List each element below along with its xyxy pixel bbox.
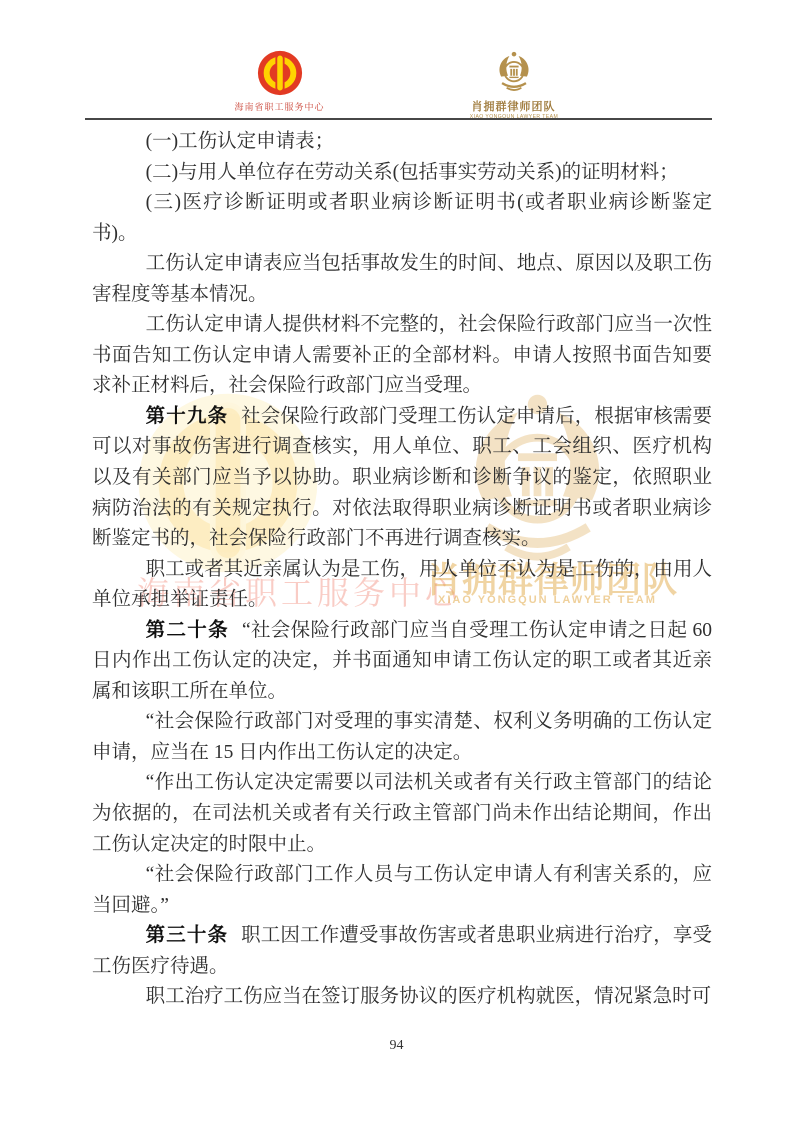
union-logo-block: 海南省职工服务中心 bbox=[195, 50, 365, 113]
paragraph: 第三十条职工因工作遭受事故伤害或者患职业病进行治疗，享受工伤医疗待遇。 bbox=[92, 921, 712, 982]
paragraph: 工伤认定申请人提供材料不完整的，社会保险行政部门应当一次性书面告知工伤认定申请人… bbox=[92, 310, 712, 402]
page-header: 海南省职工服务中心 肖拥群 bbox=[0, 50, 793, 120]
paragraph: (二)与用人单位存在劳动关系(包括事实劳动关系)的证明材料； bbox=[92, 158, 712, 189]
document-body: (一)工伤认定申请表； (二)与用人单位存在劳动关系(包括事实劳动关系)的证明材… bbox=[92, 127, 712, 1013]
paragraph: (三)医疗诊断证明或者职业病诊断证明书(或者职业病诊断鉴定书)。 bbox=[92, 188, 712, 249]
header-divider bbox=[85, 118, 712, 120]
paragraph: (一)工伤认定申请表； bbox=[92, 127, 712, 158]
article-number: 第十九条 bbox=[146, 406, 229, 427]
paragraph: “社会保险行政部门对受理的事实清楚、权利义务明确的工伤认定申请，应当在 15 日… bbox=[92, 707, 712, 768]
paragraph: 职工或者其近亲属认为是工伤，用人单位不认为是工伤的，由用人单位承担举证责任。 bbox=[92, 555, 712, 616]
document-page: 海南省职工服务中心 肖拥群律师团队 XIAO YONGQUN LAWYER TE… bbox=[0, 0, 793, 1122]
article-number: 第三十条 bbox=[146, 925, 229, 946]
lawyer-logo-block: 肖拥群律师团队 XIAO YONGQUN LAWYER TEAM bbox=[429, 50, 599, 120]
lawyer-logo-caption: 肖拥群律师团队 bbox=[472, 98, 556, 114]
article-number: 第二十条 bbox=[146, 620, 229, 641]
paragraph: “作出工伤认定决定需要以司法机关或者有关行政主管部门的结论为依据的，在司法机关或… bbox=[92, 768, 712, 860]
union-logo-icon bbox=[257, 50, 303, 96]
paragraph: 职工治疗工伤应当在签订服务协议的医疗机构就医，情况紧急时可 bbox=[92, 982, 712, 1013]
paragraph: 第二十条“社会保险行政部门应当自受理工伤认定申请之日起 60 日内作出工伤认定的… bbox=[92, 616, 712, 708]
page-number: 94 bbox=[0, 1038, 793, 1054]
paragraph: “社会保险行政部门工作人员与工伤认定申请人有利害关系的，应当回避。” bbox=[92, 860, 712, 921]
lawyer-team-logo-icon bbox=[489, 50, 539, 96]
paragraph: 第十九条社会保险行政部门受理工伤认定申请后，根据审核需要可以对事故伤害进行调查核… bbox=[92, 402, 712, 555]
paragraph: 工伤认定申请表应当包括事故发生的时间、地点、原因以及职工伤害程度等基本情况。 bbox=[92, 249, 712, 310]
union-logo-caption: 海南省职工服务中心 bbox=[234, 100, 324, 113]
